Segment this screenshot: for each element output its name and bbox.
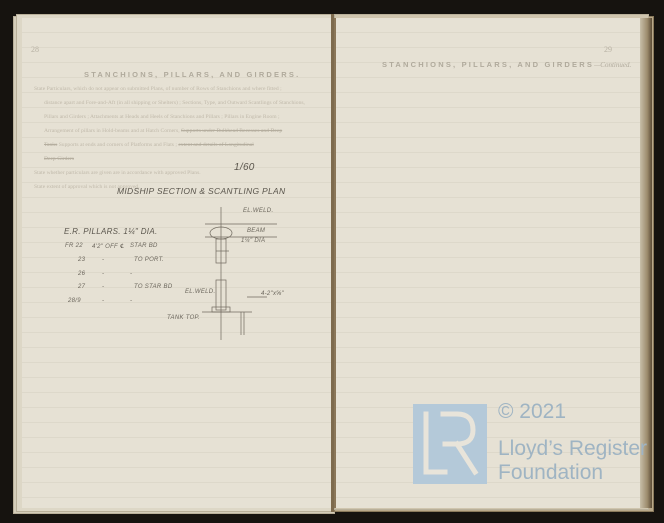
label-diameter: 1¼" DIA: [241, 238, 265, 244]
lr-logo-icon: [413, 404, 487, 484]
label-top-weld: EL.WELD.: [243, 208, 273, 214]
copyright-year: © 2021: [498, 400, 566, 424]
printed-line: distance apart and Fore-and-Aft (in all …: [44, 100, 324, 106]
label-tank-top: TANK TOP.: [167, 315, 200, 321]
printed-line: Tanks Supports at ends and corners of Pl…: [44, 142, 324, 148]
label-plate: 4-2"x⅝": [261, 291, 284, 297]
notes-frame: 27: [78, 284, 85, 290]
notes-offset: -: [102, 271, 104, 277]
handwritten-fraction: 1/60: [234, 162, 255, 173]
notes-offset: -: [102, 257, 104, 263]
running-head: STANCHIONS, PILLARS, AND GIRDERS.: [84, 70, 300, 79]
label-beam: BEAM: [247, 228, 265, 234]
notes-frame: 28/9: [68, 298, 81, 304]
struck-text: Tanks: [44, 142, 57, 148]
notes-title: E.R. PILLARS. 1¼" DIA.: [64, 227, 157, 236]
notes-side: TO PORT.: [134, 257, 164, 263]
notes-side: -: [130, 298, 132, 304]
printed-line: Arrangement of pillars in Hold-beams and…: [44, 128, 324, 134]
notes-offset: -: [102, 298, 104, 304]
running-head: STANCHIONS, PILLARS, AND GIRDERS—Continu…: [382, 60, 631, 69]
notes-side: STAR BD: [130, 243, 158, 249]
running-head-suffix: —Continued.: [594, 61, 631, 69]
struck-text: Deep Girders: [44, 156, 74, 162]
printed-line: Deep Girders: [44, 156, 164, 162]
org-name-line-2: Foundation: [498, 461, 603, 485]
org-name-line-1: Lloyd’s Register: [498, 437, 647, 461]
running-head-text: STANCHIONS, PILLARS, AND GIRDERS: [382, 60, 594, 69]
page-number: 28: [31, 45, 39, 54]
notes-side: TO STAR BD: [134, 284, 172, 290]
left-page: 28 STANCHIONS, PILLARS, AND GIRDERS. Sta…: [22, 18, 333, 508]
pillar-detail-sketch: EL.WELD. BEAM 1¼" DIA EL.WELD. 4-2"x⅝" T…: [197, 205, 322, 335]
notes-offset: -: [102, 284, 104, 290]
open-ledger-book: 28 STANCHIONS, PILLARS, AND GIRDERS. Sta…: [0, 0, 664, 523]
printed-line: Pillars and Girders ; Attachments at Hea…: [44, 114, 324, 120]
handwritten-heading: MIDSHIP SECTION & SCANTLING PLAN: [117, 186, 285, 196]
printed-line: State whether particulars are given are …: [34, 170, 234, 176]
label-bottom-weld: EL.WELD.: [185, 289, 215, 295]
pillar-sketch-icon: [197, 205, 322, 340]
struck-text: Supports under Bulkhead Recesses and Dee…: [181, 128, 282, 134]
notes-offset: 4'2" OFF ℄: [92, 243, 124, 250]
notes-frame: 26: [78, 271, 85, 277]
printed-text: Arrangement of pillars in Hold-beams and…: [44, 128, 180, 134]
page-number: 29: [604, 45, 612, 54]
lr-logo: [413, 404, 487, 484]
struck-text: extent and details of Longitudinal: [178, 142, 254, 148]
right-page: 29 STANCHIONS, PILLARS, AND GIRDERS—Cont…: [334, 18, 642, 508]
notes-frame: 23: [78, 257, 85, 263]
printed-line: State Particulars, which do not appear o…: [34, 86, 324, 92]
right-page-edge: [640, 18, 652, 508]
notes-side: -: [130, 271, 132, 277]
notes-frame: FR 22: [65, 243, 83, 249]
printed-text: Supports at ends and corners of Platform…: [59, 142, 174, 148]
